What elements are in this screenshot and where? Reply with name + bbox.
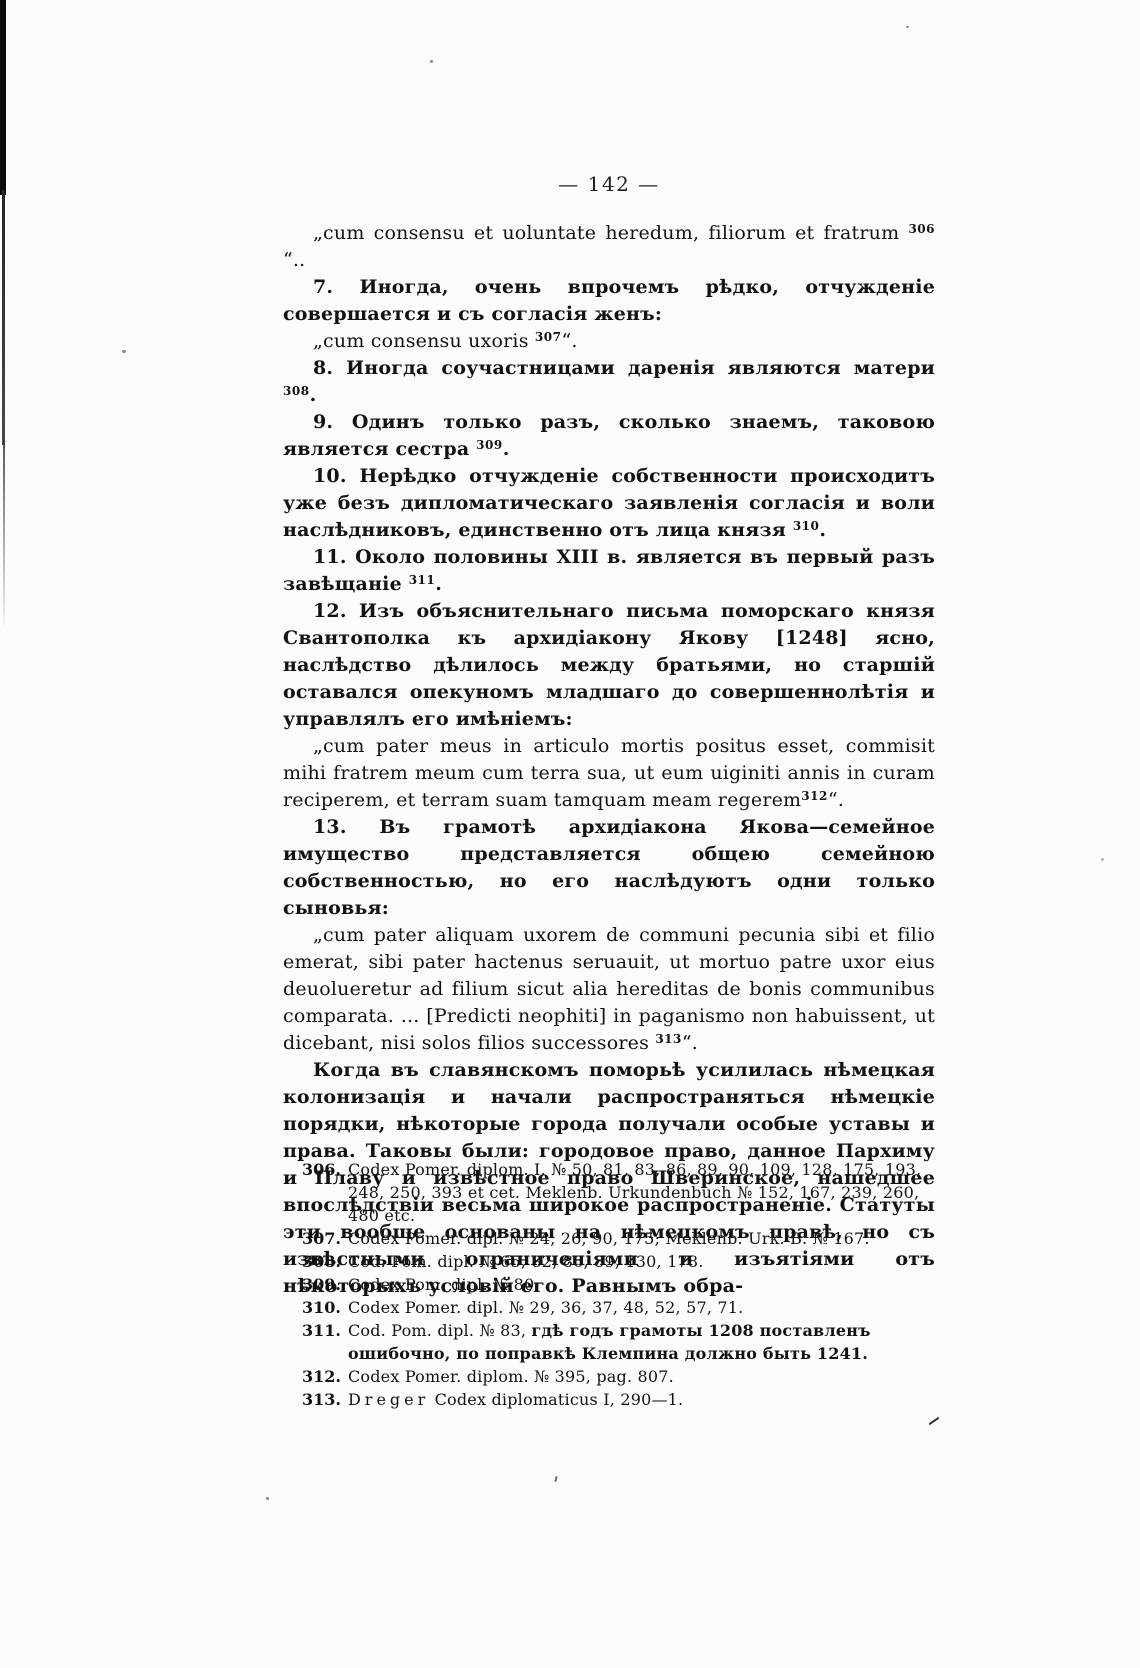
footnote-number: 306.: [302, 1160, 341, 1179]
footnote-308: 308.Cod. Pom. dipl. № 65, 82, 86, 89, 13…: [302, 1250, 952, 1273]
scan-speck: [554, 1476, 557, 1482]
item-7: 7. Иногда, очень впрочемъ рѣдко, отчужде…: [283, 274, 935, 328]
footnote-number: 308.: [302, 1252, 341, 1271]
footnote-number: 309.: [302, 1275, 341, 1294]
footnote-text: Cod. Pom. dipl. № 83, гдѣ годъ грамоты 1…: [348, 1321, 871, 1363]
scan-speck: [122, 350, 126, 353]
main-text: „cum consensu et uoluntate heredum, fili…: [283, 220, 935, 1300]
footnote-text: Codex Pom. dipl. № 80.: [348, 1275, 540, 1294]
footnote-text: Codex Pomer. diplom. I, № 50, 81, 83, 86…: [348, 1160, 921, 1225]
footnote-number: 312.: [302, 1367, 341, 1386]
footnote-text: Codex Pomer. dipl. № 29, 36, 37, 48, 52,…: [348, 1298, 744, 1317]
footnote-number: 313.: [302, 1390, 341, 1409]
footnote-text: Codex Pomer. diplom. № 395, pag. 807.: [348, 1367, 674, 1386]
pen-mark: [929, 1417, 940, 1426]
scan-speck: [1101, 858, 1104, 861]
item-10: 10. Нерѣдко отчужденіе собственности про…: [283, 463, 935, 544]
item-9: 9. Одинъ только разъ, сколько знаемъ, та…: [283, 409, 935, 463]
item-12: 12. Изъ объяснительнаго письма поморскаг…: [283, 598, 935, 733]
footnotes: 306.Codex Pomer. diplom. I, № 50, 81, 83…: [302, 1158, 952, 1411]
book-page: — 142 — „cum consensu et uoluntate hered…: [0, 0, 1140, 1668]
item-8: 8. Иногда соучастницами даренія являются…: [283, 355, 935, 409]
footnote-306: 306.Codex Pomer. diplom. I, № 50, 81, 83…: [302, 1158, 952, 1227]
footnote-313: 313.Dreger Codex diplomaticus I, 290—1.: [302, 1388, 952, 1411]
item-11: 11. Около половины XIII в. является въ п…: [283, 544, 935, 598]
item-13: 13. Въ грамотѣ архидіакона Якова—семейно…: [283, 814, 935, 922]
scan-edge-line-bottom: [3, 440, 5, 625]
footnote-number: 307.: [302, 1229, 341, 1248]
footnote-312: 312.Codex Pomer. diplom. № 395, pag. 807…: [302, 1365, 952, 1388]
footnote-number: 310.: [302, 1298, 341, 1317]
scan-speck: [266, 1497, 269, 1500]
latin-quote-pater-meus: „cum pater meus in articulo mortis posit…: [283, 733, 935, 814]
footnote-text: Dreger Codex diplomaticus I, 290—1.: [348, 1390, 683, 1409]
latin-quote-pater-aliquam: „cum pater aliquam uxorem de communi pec…: [283, 922, 935, 1057]
footnote-310: 310.Codex Pomer. dipl. № 29, 36, 37, 48,…: [302, 1296, 952, 1319]
scan-speck: [430, 60, 433, 63]
footnote-307: 307.Codex Pomer. dipl. № 24, 26, 90, 175…: [302, 1227, 952, 1250]
scan-edge-line-top: [0, 0, 6, 195]
latin-quote-heredum: „cum consensu et uoluntate heredum, fili…: [283, 220, 935, 274]
scan-edge-line-middle: [2, 190, 5, 445]
footnote-number: 311.: [302, 1321, 341, 1340]
footnote-text: Cod. Pom. dipl. № 65, 82, 86, 89, 130, 1…: [348, 1252, 704, 1271]
footnote-text: Codex Pomer. dipl. № 24, 26, 90, 175; Me…: [348, 1229, 870, 1248]
footnote-311: 311.Cod. Pom. dipl. № 83, гдѣ годъ грамо…: [302, 1319, 952, 1365]
page-number: — 142 —: [283, 172, 935, 196]
scan-speck: [906, 26, 909, 28]
latin-quote-uxoris: „cum consensu uxoris 307“.: [283, 328, 935, 355]
footnote-309: 309.Codex Pom. dipl. № 80.: [302, 1273, 952, 1296]
